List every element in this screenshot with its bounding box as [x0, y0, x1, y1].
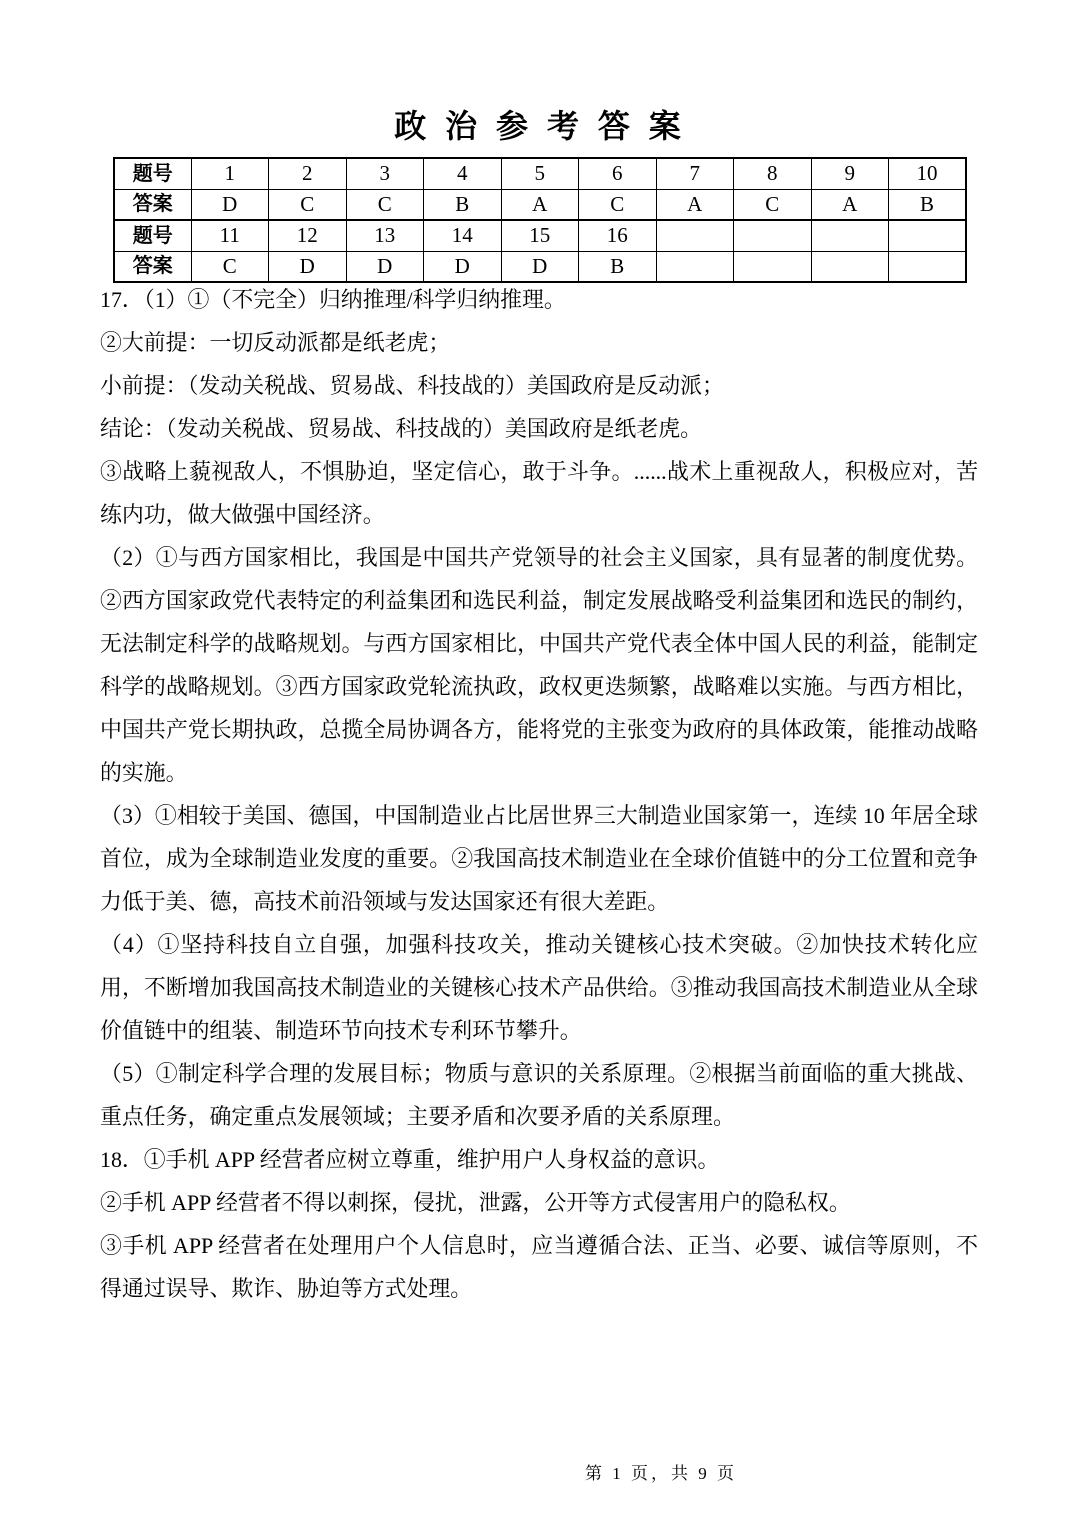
answer-paragraph: （4）①坚持科技自立自强，加强科技攻关，推动关键核心技术突破。②加快技术转化应用…	[100, 923, 978, 1052]
answer-paragraph: ②大前提：一切反动派都是纸老虎；	[100, 321, 978, 364]
answer-cell: C	[579, 189, 657, 220]
answer-cell: 14	[424, 220, 502, 251]
answer-paragraph: 18．①手机 APP 经营者应树立尊重，维护用户人身权益的意识。	[100, 1138, 978, 1181]
answer-cell	[811, 220, 889, 251]
answer-cell: 12	[269, 220, 347, 251]
row-header-cell: 题号	[114, 158, 191, 189]
table-row: 答案 D C C B A C A C A B	[114, 189, 966, 220]
answer-paragraph: ③战略上藐视敌人，不惧胁迫，坚定信心，敢于斗争。......战术上重视敌人，积极…	[100, 450, 978, 536]
row-header-cell: 题号	[114, 220, 191, 251]
answer-cell: B	[889, 189, 967, 220]
answer-cell: 7	[656, 158, 734, 189]
answer-paragraph: ③手机 APP 经营者在处理用户个人信息时，应当遵循合法、正当、必要、诚信等原则…	[100, 1224, 978, 1310]
answer-cell: 3	[346, 158, 424, 189]
answer-cell: 16	[579, 220, 657, 251]
answer-cell: 13	[346, 220, 424, 251]
answer-paragraph: （3）①相较于美国、德国，中国制造业占比居世界三大制造业国家第一，连续 10 年…	[100, 794, 978, 923]
answer-cell: C	[269, 189, 347, 220]
table-row: 题号 1 2 3 4 5 6 7 8 9 10	[114, 158, 966, 189]
answer-cell: 8	[734, 158, 812, 189]
answer-cell: C	[346, 189, 424, 220]
answer-cell: A	[811, 189, 889, 220]
answer-paragraph: （2）①与西方国家相比，我国是中国共产党领导的社会主义国家，具有显著的制度优势。…	[100, 536, 978, 794]
answer-cell: 15	[501, 220, 579, 251]
answer-cell: D	[191, 189, 269, 220]
answer-cell: 9	[811, 158, 889, 189]
answer-cell: 2	[269, 158, 347, 189]
answer-cell: 1	[191, 158, 269, 189]
document-page: 政 治 参 考 答 案 题号 1 2 3 4 5 6 7 8 9 10 答案 D…	[0, 0, 1080, 1527]
answer-paragraph: ②手机 APP 经营者不得以刺探，侵扰，泄露，公开等方式侵害用户的隐私权。	[100, 1181, 978, 1224]
table-row: 题号 11 12 13 14 15 16	[114, 220, 966, 251]
page-footer: 第 1 页，共 9 页	[585, 1459, 737, 1484]
answer-cell	[656, 220, 734, 251]
answer-cell: A	[656, 189, 734, 220]
answer-paragraph: 结论：（发动关税战、贸易战、科技战的）美国政府是纸老虎。	[100, 407, 978, 450]
answers-body: 17．（1）①（不完全）归纳推理/科学归纳推理。 ②大前提：一切反动派都是纸老虎…	[100, 278, 978, 1310]
answer-table: 题号 1 2 3 4 5 6 7 8 9 10 答案 D C C B A C A…	[113, 157, 967, 283]
answer-cell: A	[501, 189, 579, 220]
answer-cell	[889, 220, 967, 251]
answer-cell: 6	[579, 158, 657, 189]
answer-cell: 4	[424, 158, 502, 189]
answer-cell	[734, 220, 812, 251]
answer-cell: B	[424, 189, 502, 220]
row-header-cell: 答案	[114, 189, 191, 220]
answer-paragraph: （5）①制定科学合理的发展目标；物质与意识的关系原理。②根据当前面临的重大挑战、…	[100, 1052, 978, 1138]
answer-cell: 10	[889, 158, 967, 189]
answer-paragraph: 17．（1）①（不完全）归纳推理/科学归纳推理。	[100, 278, 978, 321]
answer-paragraph: 小前提：（发动关税战、贸易战、科技战的）美国政府是反动派；	[100, 364, 978, 407]
answer-cell: 11	[191, 220, 269, 251]
answer-cell: C	[734, 189, 812, 220]
page-title: 政 治 参 考 答 案	[0, 106, 1080, 146]
answer-cell: 5	[501, 158, 579, 189]
